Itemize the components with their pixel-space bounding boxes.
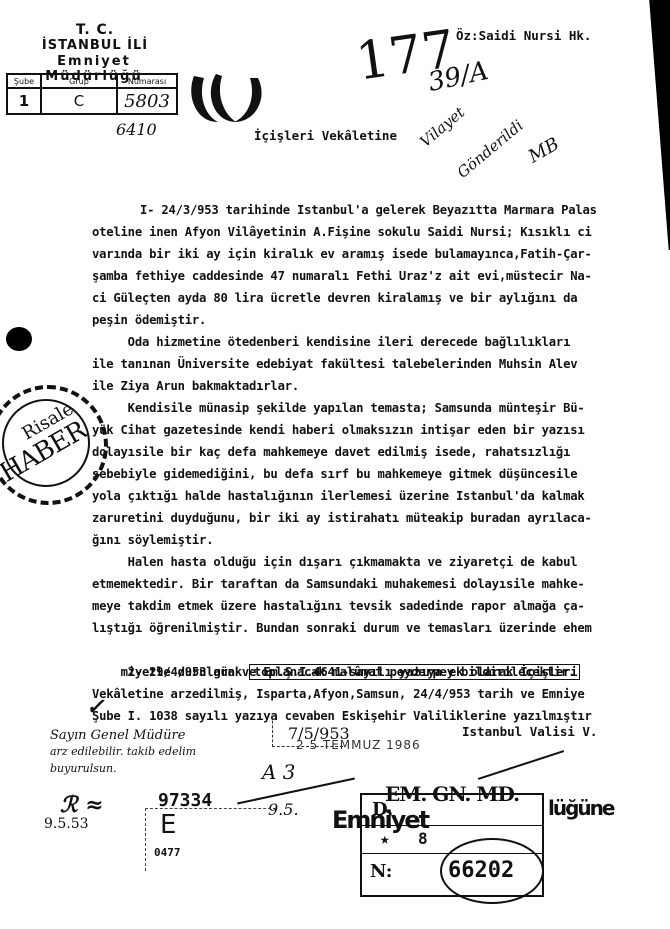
handwritten-initial-a3: A 3 — [262, 760, 296, 784]
body-line: yük Cihat gazetesinde kendi haberi olmak… — [92, 420, 585, 442]
header-tc: T. C. — [20, 22, 170, 38]
registry-number-value: 5803 — [117, 88, 177, 114]
handwritten-note-line1: Sayın Genel Müdüre — [50, 728, 185, 743]
body-line: ile Ziya Arun bakmaktadırlar. — [92, 376, 299, 398]
handwritten-initials-left: ℛ ≈ — [60, 792, 104, 818]
body-line: dolayısile bir kaç defa mahkemeye davet … — [92, 442, 570, 464]
body-line: oteline inen Afyon Vilâyetinin A.Fişine … — [92, 222, 592, 244]
body-line: Halen hasta olduğu için dışarı çıkmamakt… — [92, 552, 577, 574]
incoming-stamp-letter: E — [160, 810, 176, 840]
pen-stroke — [478, 750, 564, 780]
body-line: Vekâletine arzedilmiş, Isparta,Afyon,Sam… — [92, 684, 585, 706]
handwritten-date-left: 9.5.53 — [44, 816, 89, 832]
signature-title: Istanbul Valisi V. — [462, 724, 597, 739]
registry-branch-value: 1 — [7, 88, 41, 114]
handwritten-number-6410: 6410 — [116, 120, 157, 139]
body-line: şamba fethiye caddesinde 47 numaralı Fet… — [92, 266, 592, 288]
body-line: meye takdim etmek üzere hastalığını tevs… — [92, 596, 585, 618]
body-line: I- 24/3/953 tarihinde Istanbul'a gelerek… — [140, 200, 597, 222]
body-line: peşin ödemiştir. — [92, 310, 206, 332]
body-line: etmemektedir. Bir taraftan da Samsundaki… — [92, 574, 585, 596]
body-line: zaruretini duyduğunu, bir iki ay istirah… — [92, 508, 592, 530]
addressee: İçişleri Vekâletine — [254, 128, 397, 143]
registry-col-number: Numarası — [117, 74, 177, 88]
handwritten-note-line3: buyurulsun. — [50, 762, 117, 775]
body-line: 2- 29/4/953 gün ve Em.Ş.I.4641-sayılı ya… — [92, 662, 577, 684]
received-date-stamp: 2 5 TEMMUZ 1986 — [296, 738, 421, 752]
subject-line: Öz:Saidi Nursi Hk. — [456, 28, 591, 43]
body-line: varında bir iki ay için kiralık ev aramı… — [92, 244, 592, 266]
registry-group-value: C — [41, 88, 117, 114]
body-line: Kendisile münasip şekilde yapılan temast… — [92, 398, 585, 420]
checkmark-icon: ✓ — [86, 694, 104, 720]
body-line: lıştığı öğrenilmiştir. Bundan sonraki du… — [92, 618, 592, 640]
body-line: ile tanınan Üniversite edebiyat fakültes… — [92, 354, 577, 376]
incoming-stamp-subnumber: 0477 — [154, 846, 181, 859]
stamp-overlay-suffix: lüğüne — [548, 796, 613, 820]
body-line: sebebiyle gidemediğini, bu defa sırf bu … — [92, 464, 577, 486]
registry-col-branch: Şube — [7, 74, 41, 88]
body-line: yola çıktığı halde hastalığının ilerleme… — [92, 486, 585, 508]
stamp-no-label: N: — [370, 861, 392, 882]
body-line: Oda hizmetine ötedenberi kendisine ileri… — [92, 332, 570, 354]
registry-table: Şube Grup Numarası 1 C 5803 — [6, 73, 178, 115]
header-province: İSTANBUL İLİ — [20, 38, 170, 53]
registry-col-group: Grup — [41, 74, 117, 88]
handwritten-note-line2: arz edilebilir. takib edelim — [50, 745, 196, 758]
ink-blot — [6, 327, 32, 351]
body-line: ğını söylemiştir. — [92, 530, 213, 552]
body-line: ci Güleçten ayda 80 lira ücretle devren … — [92, 288, 577, 310]
stamp-overlay-emniyet: Emniyet — [332, 806, 428, 834]
stamp-number: 66202 — [448, 858, 514, 883]
crescent-logo-icon — [186, 66, 266, 126]
